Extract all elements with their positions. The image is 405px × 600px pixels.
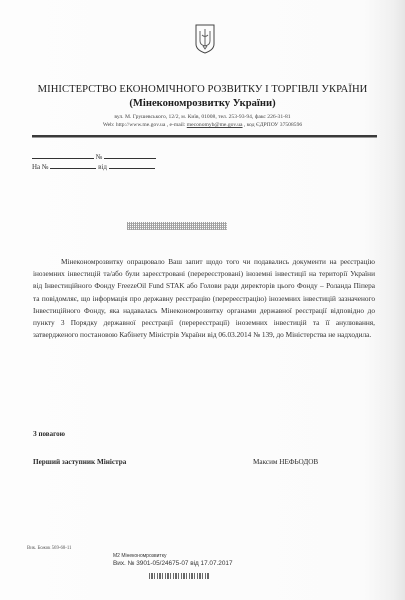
web-address: Web: http://www.me.gov.ua , e-mail: — [103, 122, 187, 128]
header-divider — [32, 135, 377, 138]
stamp-organization: М2 Мінекономрозвитку — [113, 553, 233, 559]
edrpou-code: , код ЄДРПОУ 37508596 — [243, 122, 303, 128]
trident-coat-of-arms-icon — [194, 24, 216, 54]
ministry-contacts: Web: http://www.me.gov.ua , e-mail: meco… — [0, 122, 405, 128]
redacted-addressee — [127, 222, 227, 230]
signatory-name: Максим НЕФЬОДОВ — [253, 458, 318, 466]
outgoing-registration-line: № — [32, 151, 156, 161]
from-label: від — [98, 163, 107, 171]
letter-body: Мінекономрозвитку опрацювало Ваш запит щ… — [33, 256, 375, 341]
closing-regards: З повагою — [33, 430, 65, 438]
reply-label: На № — [32, 163, 49, 171]
reply-to-line: На № від — [32, 161, 155, 171]
barcode-icon — [149, 573, 209, 579]
number-label: № — [96, 153, 103, 161]
number-blank — [104, 151, 156, 159]
body-paragraph: Мінекономрозвитку опрацювало Ваш запит щ… — [33, 256, 375, 341]
ministry-short-name: (Мінекономрозвитку України) — [0, 98, 405, 109]
ministry-address: вул. М. Грушевського, 12/2, м. Київ, 010… — [0, 114, 405, 120]
reply-date-blank — [109, 161, 155, 169]
outgoing-number: Вих. № 3901-05/24675-07 від 17.07.2017 — [113, 560, 233, 567]
signatory-title: Перший заступник Міністра — [33, 458, 126, 466]
date-blank — [32, 151, 94, 159]
ministry-title: МІНІСТЕРСТВО ЕКОНОМІЧНОГО РОЗВИТКУ І ТОР… — [0, 84, 405, 95]
reply-number-blank — [50, 161, 96, 169]
letter-page: МІНІСТЕРСТВО ЕКОНОМІЧНОГО РОЗВИТКУ І ТОР… — [0, 0, 405, 600]
email-link[interactable]: meconomyb@me.gov.ua — [187, 122, 243, 128]
executor-note: Вик. Божок 569-68-11 — [27, 546, 71, 551]
registration-stamp: М2 Мінекономрозвитку Вих. № 3901-05/2467… — [113, 553, 233, 567]
